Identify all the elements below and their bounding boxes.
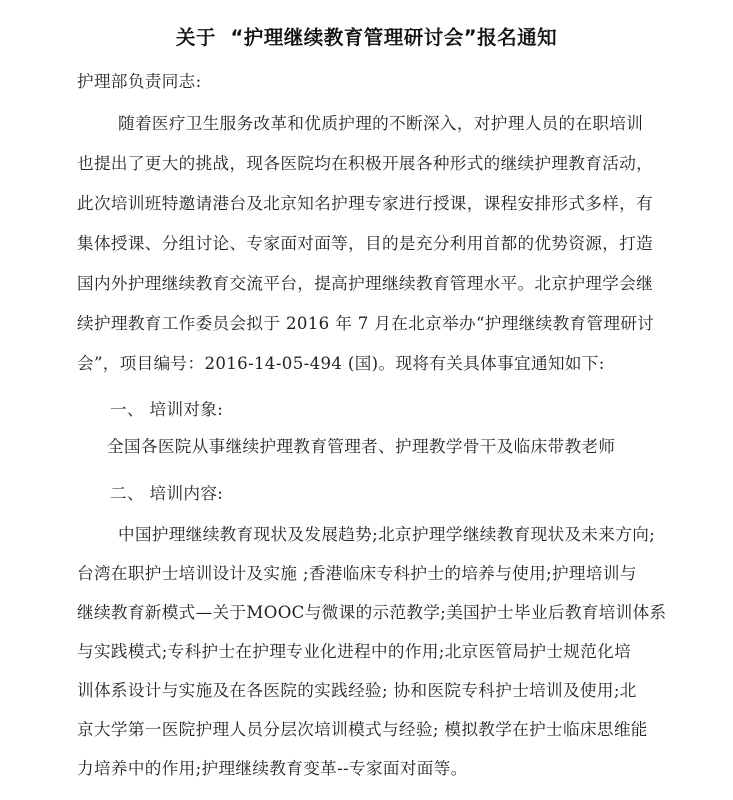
document-title: 关于 “护理继续教育管理研讨会”报名通知	[0, 22, 733, 50]
section-line: 与实践模式;专科护士在护理专业化进程中的作用;北京医管局护士规范化培	[77, 642, 631, 662]
salutation: 护理部负责同志:	[77, 72, 202, 92]
paragraph-line: 此次培训班特邀请港台及北京知名护理专家进行授课，课程安排形式多样，有	[77, 194, 653, 214]
paragraph-line: 随着医疗卫生服务改革和优质护理的不断深入，对护理人员的在职培训	[118, 114, 643, 134]
paragraph-line: 也提出了更大的挑战，现各医院均在积极开展各种形式的继续护理教育活动，	[77, 154, 653, 174]
section-line: 继续教育新模式—关于MOOC与微课的示范教学;美国护士毕业后教育培训体系	[77, 603, 667, 623]
paragraph-line: 会”，项目编号：2016-14-05-494 (国)。现将有关具体事宜通知如下:	[77, 354, 605, 374]
paragraph-line: 续护理教育工作委员会拟于 2016 年 7 月在北京举办“护理继续教育管理研讨	[77, 314, 654, 334]
section-line: 训体系设计与实施及在各医院的实践经验; 协和医院专科护士培训及使用;北	[77, 681, 637, 701]
section-line: 京大学第一医院护理人员分层次培训模式与经验; 模拟教学在护士临床思维能	[77, 720, 648, 740]
section-line: 台湾在职护士培训设计及实施 ;香港临床专科护士的培养与使用;护理培训与	[77, 564, 637, 584]
section-line: 全国各医院从事继续护理教育管理者、护理教学骨干及临床带教老师	[107, 437, 615, 457]
section-heading: 二、 培训内容:	[110, 484, 223, 504]
section-heading: 一、 培训对象:	[110, 400, 223, 420]
paragraph-line: 集体授课、分组讨论、专家面对面等，目的是充分利用首都的优势资源，打造	[77, 234, 653, 254]
section-line: 中国护理继续教育现状及发展趋势;北京护理学继续教育现状及未来方向;	[118, 525, 655, 545]
section-line: 力培养中的作用;护理继续教育变革--专家面对面等。	[77, 759, 468, 779]
paragraph-line: 国内外护理继续教育交流平台，提高护理继续教育管理水平。北京护理学会继	[77, 274, 653, 294]
